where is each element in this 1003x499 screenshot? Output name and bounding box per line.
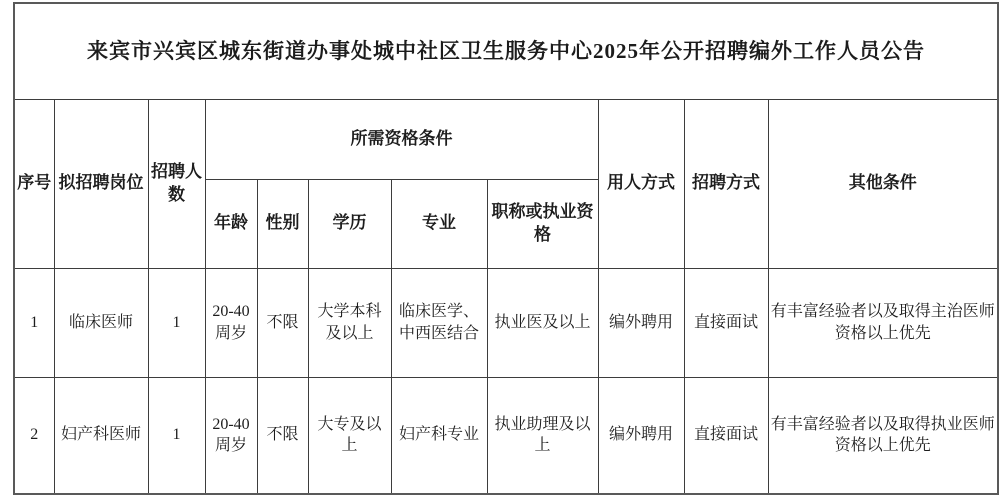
cell-recruitment-method: 直接面试 (684, 377, 768, 494)
cell-education: 大专及以上 (308, 377, 391, 494)
header-gender: 性别 (257, 179, 308, 268)
header-count: 招聘人数 (148, 99, 205, 268)
cell-major: 妇产科专业 (391, 377, 487, 494)
header-qualification: 职称或执业资格 (487, 179, 598, 268)
cell-employment-type: 编外聘用 (598, 268, 684, 377)
header-other-conditions: 其他条件 (768, 99, 998, 268)
cell-major: 临床医学、中西医结合 (391, 268, 487, 377)
cell-recruitment-method: 直接面试 (684, 268, 768, 377)
cell-count: 1 (148, 377, 205, 494)
cell-age: 20-40周岁 (205, 377, 257, 494)
cell-position: 妇产科医师 (54, 377, 148, 494)
cell-qualification: 执业助理及以上 (487, 377, 598, 494)
cell-age: 20-40周岁 (205, 268, 257, 377)
cell-employment-type: 编外聘用 (598, 377, 684, 494)
header-recruitment-method: 招聘方式 (684, 99, 768, 268)
cell-count: 1 (148, 268, 205, 377)
cell-position: 临床医师 (54, 268, 148, 377)
header-seq: 序号 (14, 99, 54, 268)
cell-qualification: 执业医及以上 (487, 268, 598, 377)
page-title: 来宾市兴宾区城东街道办事处城中社区卫生服务中心2025年公开招聘编外工作人员公告 (14, 3, 998, 99)
header-position: 拟招聘岗位 (54, 99, 148, 268)
announcement-page: 来宾市兴宾区城东街道办事处城中社区卫生服务中心2025年公开招聘编外工作人员公告… (0, 0, 1003, 499)
cell-seq: 2 (14, 377, 54, 494)
header-row-1: 序号 拟招聘岗位 招聘人数 所需资格条件 用人方式 招聘方式 其他条件 (14, 99, 998, 179)
cell-seq: 1 (14, 268, 54, 377)
header-education: 学历 (308, 179, 391, 268)
header-employment-type: 用人方式 (598, 99, 684, 268)
header-qualifications-group: 所需资格条件 (205, 99, 598, 179)
cell-gender: 不限 (257, 268, 308, 377)
cell-education: 大学本科及以上 (308, 268, 391, 377)
cell-other-conditions: 有丰富经验者以及取得执业医师资格以上优先 (768, 377, 998, 494)
table-row: 2 妇产科医师 1 20-40周岁 不限 大专及以上 妇产科专业 执业助理及以上… (14, 377, 998, 494)
recruitment-table: 来宾市兴宾区城东街道办事处城中社区卫生服务中心2025年公开招聘编外工作人员公告… (13, 2, 999, 495)
cell-other-conditions: 有丰富经验者以及取得主治医师资格以上优先 (768, 268, 998, 377)
title-row: 来宾市兴宾区城东街道办事处城中社区卫生服务中心2025年公开招聘编外工作人员公告 (14, 3, 998, 99)
header-age: 年龄 (205, 179, 257, 268)
header-major: 专业 (391, 179, 487, 268)
cell-gender: 不限 (257, 377, 308, 494)
table-row: 1 临床医师 1 20-40周岁 不限 大学本科及以上 临床医学、中西医结合 执… (14, 268, 998, 377)
